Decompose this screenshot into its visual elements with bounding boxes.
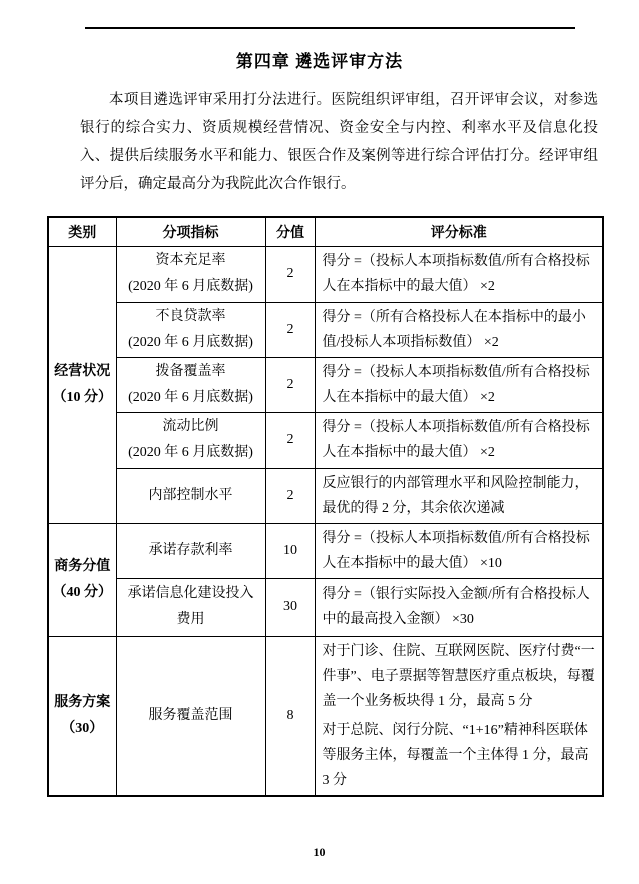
criteria-text: 对于门诊、住院、互联网医院、医疗付费“一件事”、电子票据等智慧医疗重点板块，每覆… [316,637,603,716]
indicator-note: (2020 年 6 月底数据) [117,274,265,300]
table-row: 承诺信息化建设投入 费用 30 得分 =（银行实际投入金额/所有合格投标人中的最… [48,578,603,636]
header-rule [85,27,575,29]
score-cell: 2 [265,302,315,357]
category-points: （30） [49,716,116,742]
table-header-row: 类别 分项指标 分值 评分标准 [48,217,603,246]
intro-paragraph: 本项目遴选评审采用打分法进行。医院组织评审组，召开评审会议，对参选银行的综合实力… [80,86,598,198]
category-label: 商务分值 [49,554,116,580]
score-cell: 8 [265,636,315,796]
criteria-text: 得分 =（投标人本项指标数值/所有合格投标人在本指标中的最大值） ×10 [316,524,603,578]
indicator-cell: 流动比例 (2020 年 6 月底数据) [116,412,265,468]
score-cell: 2 [265,246,315,302]
criteria-cell: 得分 =（投标人本项指标数值/所有合格投标人在本指标中的最大值） ×10 [315,523,603,578]
criteria-text: 得分 =（投标人本项指标数值/所有合格投标人在本指标中的最大值） ×2 [316,413,603,467]
scoring-table: 类别 分项指标 分值 评分标准 经营状况 （10 分） 资本充足率 (2020 … [47,216,604,797]
criteria-cell: 得分 =（投标人本项指标数值/所有合格投标人在本指标中的最大值） ×2 [315,246,603,302]
criteria-cell: 反应银行的内部管理水平和风险控制能力，最优的得 2 分，其余依次递减 [315,468,603,523]
category-label: 服务方案 [49,690,116,716]
indicator-label: 服务覆盖范围 [117,703,265,729]
criteria-text: 得分 =（投标人本项指标数值/所有合格投标人在本指标中的最大值） ×2 [316,358,603,412]
indicator-cell: 内部控制水平 [116,468,265,523]
score-cell: 2 [265,357,315,412]
table-row: 拨备覆盖率 (2020 年 6 月底数据) 2 得分 =（投标人本项指标数值/所… [48,357,603,412]
table-row: 流动比例 (2020 年 6 月底数据) 2 得分 =（投标人本项指标数值/所有… [48,412,603,468]
indicator-label: 承诺信息化建设投入 [117,581,265,607]
category-cell: 服务方案 （30） [48,636,116,796]
table-row: 经营状况 （10 分） 资本充足率 (2020 年 6 月底数据) 2 得分 =… [48,246,603,302]
score-cell: 30 [265,578,315,636]
indicator-note: (2020 年 6 月底数据) [117,330,265,356]
indicator-cell: 承诺信息化建设投入 费用 [116,578,265,636]
criteria-cell: 得分 =（银行实际投入金额/所有合格投标人中的最高投入金额） ×30 [315,578,603,636]
score-cell: 2 [265,468,315,523]
indicator-note: (2020 年 6 月底数据) [117,385,265,411]
page-number: 10 [0,845,639,860]
table-row: 商务分值 （40 分） 承诺存款利率 10 得分 =（投标人本项指标数值/所有合… [48,523,603,578]
criteria-cell: 得分 =（投标人本项指标数值/所有合格投标人在本指标中的最大值） ×2 [315,357,603,412]
criteria-cell: 得分 =（所有合格投标人在本指标中的最小值/投标人本项指标数值） ×2 [315,302,603,357]
indicator-cell: 拨备覆盖率 (2020 年 6 月底数据) [116,357,265,412]
criteria-text: 对于总院、闵行分院、“1+16”精神科医联体等服务主体，每覆盖一个主体得 1 分… [316,716,603,795]
indicator-label: 拨备覆盖率 [117,359,265,385]
document-page: 第四章 遴选评审方法 本项目遴选评审采用打分法进行。医院组织评审组，召开评审会议… [0,0,639,884]
indicator-cell: 不良贷款率 (2020 年 6 月底数据) [116,302,265,357]
criteria-text: 反应银行的内部管理水平和风险控制能力，最优的得 2 分，其余依次递减 [316,469,603,523]
table-row: 服务方案 （30） 服务覆盖范围 8 对于门诊、住院、互联网医院、医疗付费“一件… [48,636,603,796]
chapter-title: 第四章 遴选评审方法 [0,47,639,72]
category-cell: 经营状况 （10 分） [48,246,116,523]
criteria-text: 得分 =（所有合格投标人在本指标中的最小值/投标人本项指标数值） ×2 [316,303,603,357]
criteria-cell: 对于门诊、住院、互联网医院、医疗付费“一件事”、电子票据等智慧医疗重点板块，每覆… [315,636,603,796]
indicator-cell: 服务覆盖范围 [116,636,265,796]
indicator-label: 不良贷款率 [117,304,265,330]
category-label: 经营状况 [49,359,116,385]
indicator-cell: 资本充足率 (2020 年 6 月底数据) [116,246,265,302]
table-row: 内部控制水平 2 反应银行的内部管理水平和风险控制能力，最优的得 2 分，其余依… [48,468,603,523]
criteria-cell: 得分 =（投标人本项指标数值/所有合格投标人在本指标中的最大值） ×2 [315,412,603,468]
score-cell: 2 [265,412,315,468]
col-header-category: 类别 [48,217,116,246]
category-points: （10 分） [49,385,116,411]
table-row: 不良贷款率 (2020 年 6 月底数据) 2 得分 =（所有合格投标人在本指标… [48,302,603,357]
indicator-cell: 承诺存款利率 [116,523,265,578]
criteria-text: 得分 =（银行实际投入金额/所有合格投标人中的最高投入金额） ×30 [316,580,603,634]
indicator-note: 费用 [117,607,265,633]
indicator-label: 资本充足率 [117,248,265,274]
category-cell: 商务分值 （40 分） [48,523,116,636]
col-header-score: 分值 [265,217,315,246]
col-header-criteria: 评分标准 [315,217,603,246]
category-points: （40 分） [49,580,116,606]
score-cell: 10 [265,523,315,578]
indicator-note: (2020 年 6 月底数据) [117,440,265,466]
indicator-label: 内部控制水平 [117,483,265,509]
indicator-label: 承诺存款利率 [117,538,265,564]
criteria-text: 得分 =（投标人本项指标数值/所有合格投标人在本指标中的最大值） ×2 [316,247,603,301]
indicator-label: 流动比例 [117,414,265,440]
col-header-indicator: 分项指标 [116,217,265,246]
